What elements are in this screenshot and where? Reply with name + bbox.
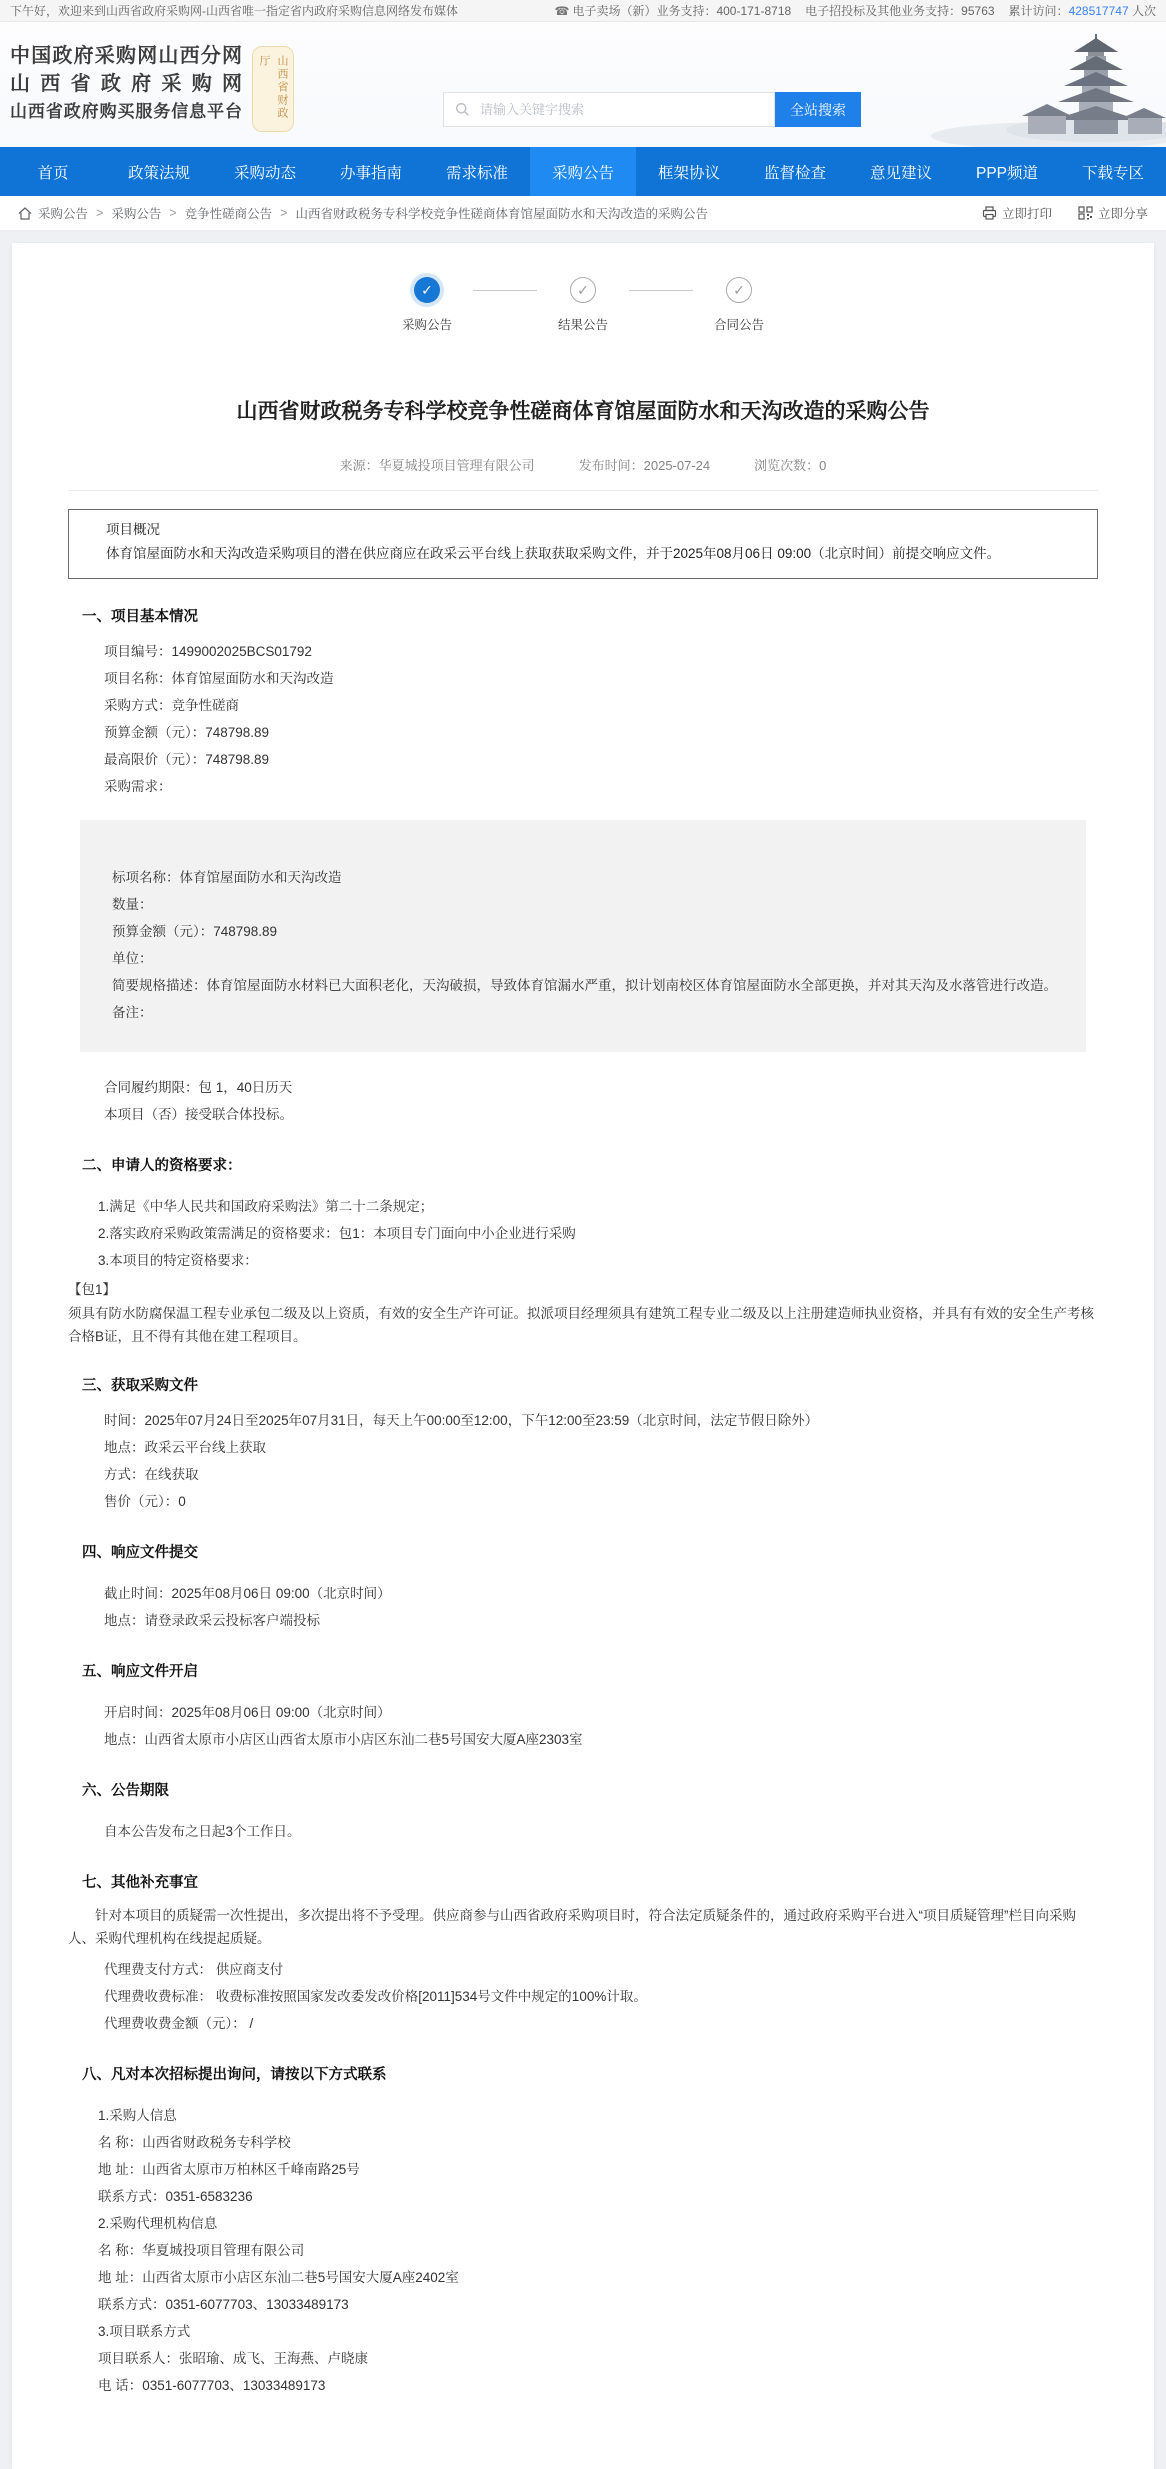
- logo-line-3: 山西省政府购买服务信息平台: [10, 98, 242, 125]
- phone-icon: ☎: [554, 4, 569, 18]
- qr-share-icon: [1078, 206, 1093, 220]
- step-result-announcement: ✓ 结果公告: [547, 277, 619, 333]
- lot-budget: 预算金额（元）：748798.89: [92, 918, 1062, 945]
- lot-remark: 备注：: [92, 999, 1062, 1026]
- agency-info-label: 2.采购代理机构信息: [98, 2210, 1098, 2237]
- main-nav: 首页 政策法规 采购动态 办事指南 需求标准 采购公告 框架协议 监督检查 意见…: [0, 147, 1166, 196]
- support-hotline-1: 电子卖场（新）业务支持：400-171-8718: [572, 4, 791, 18]
- nav-item-policy[interactable]: 政策法规: [106, 147, 212, 196]
- qualification-item-2: 2.落实政府采购政策需满足的资格要求：包1：本项目专门面向中小企业进行采购: [98, 1220, 1098, 1247]
- submit-place: 地点：请登录政采云投标客户端投标: [104, 1607, 1098, 1634]
- doc-obtain-place: 地点：政采云平台线上获取: [104, 1434, 1098, 1461]
- purchaser-contact: 联系方式：0351-6583236: [98, 2183, 1098, 2210]
- logo-line-1: 中国政府采购网山西分网: [10, 42, 242, 70]
- consortium-bidding: 本项目（否）接受联合体投标。: [104, 1101, 1098, 1128]
- doc-price: 售价（元）：0: [104, 1488, 1098, 1515]
- max-price: 最高限价（元）：748798.89: [104, 746, 1098, 773]
- project-name: 项目名称：体育馆屋面防水和天沟改造: [104, 665, 1098, 692]
- nav-item-supervision[interactable]: 监督检查: [742, 147, 848, 196]
- lot-quantity: 数量：: [92, 891, 1062, 918]
- share-label: 立即分享: [1098, 204, 1148, 222]
- nav-item-announcements[interactable]: 采购公告: [530, 147, 636, 196]
- lot-unit: 单位：: [92, 945, 1062, 972]
- package-1-tag: 【包1】: [68, 1278, 1098, 1302]
- share-button[interactable]: 立即分享: [1078, 204, 1148, 222]
- site-search-button[interactable]: 全站搜索: [775, 92, 861, 127]
- announcement-period: 自本公告发布之日起3个工作日。: [104, 1818, 1098, 1845]
- nav-item-dynamics[interactable]: 采购动态: [212, 147, 318, 196]
- support-hotline-2: 电子招投标及其他业务支持：95763: [805, 2, 994, 19]
- agency-contact: 联系方式：0351-6077703、13033489173: [98, 2291, 1098, 2318]
- procurement-method: 采购方式：竞争性磋商: [104, 692, 1098, 719]
- page-title: 山西省财政税务专科学校竞争性磋商体育馆屋面防水和天沟改造的采购公告: [68, 395, 1098, 425]
- overview-body: 体育馆屋面防水和天沟改造采购项目的潜在供应商应在政采云平台线上获取获取采购文件，…: [79, 542, 1087, 566]
- crumb-current-page: 山西省财政税务专科学校竞争性磋商体育馆屋面防水和天沟改造的采购公告: [295, 204, 708, 222]
- site-logo[interactable]: 中国政府采购网山西分网 山西省政府采购网 山西省政府购买服务信息平台 山西省财政…: [10, 42, 294, 132]
- query-rules-paragraph: 针对本项目的质疑需一次性提出，多次提出将不予受理。供应商参与山西省政府采购项目时…: [68, 1904, 1098, 1950]
- open-time: 开启时间：2025年08月06日 09:00（北京时间）: [104, 1699, 1098, 1726]
- announcement-card: ✓ 采购公告 ✓ 结果公告 ✓ 合同公告 山西省财政税务专科学校竞争性磋商体育馆…: [12, 243, 1154, 2469]
- top-info-bar: 下午好，欢迎来到山西省政府采购网-山西省唯一指定省内政府采购信息网络发布媒体 ☎…: [0, 0, 1166, 22]
- meta-publish-time: 发布时间：2025-07-24: [579, 455, 711, 474]
- meta-source: 来源：华夏城投项目管理有限公司: [340, 455, 535, 474]
- submit-deadline: 截止时间：2025年08月06日 09:00（北京时间）: [104, 1580, 1098, 1607]
- nav-item-home[interactable]: 首页: [0, 147, 106, 196]
- breadcrumb: 采购公告 > 采购公告 > 竞争性磋商公告 > 山西省财政税务专科学校竞争性磋商…: [18, 204, 708, 222]
- section-2-heading: 二、申请人的资格要求：: [82, 1154, 1098, 1175]
- qualification-item-3: 3.本项目的特定资格要求：: [98, 1247, 1098, 1274]
- section-3-heading: 三、获取采购文件: [82, 1374, 1098, 1395]
- nav-item-standards[interactable]: 需求标准: [424, 147, 530, 196]
- breadcrumb-bar: 采购公告 > 采购公告 > 竞争性磋商公告 > 山西省财政税务专科学校竞争性磋商…: [0, 196, 1166, 230]
- project-contacts: 项目联系人：张昭瑜、成飞、王海燕、卢晓康: [98, 2345, 1098, 2372]
- logo-line-2: 山西省政府采购网: [10, 70, 242, 98]
- finance-department-seal: 山西省财政厅: [252, 46, 294, 132]
- article-meta: 来源：华夏城投项目管理有限公司 发布时间：2025-07-24 浏览次数：0: [68, 455, 1098, 491]
- pagoda-decoration: [926, 30, 1166, 147]
- agency-name: 名 称：华夏城投项目管理有限公司: [98, 2237, 1098, 2264]
- doc-obtain-time: 时间：2025年07月24日至2025年07月31日，每天上午00:00至12:…: [104, 1407, 1098, 1434]
- project-phone: 电 话：0351-6077703、13033489173: [98, 2372, 1098, 2399]
- section-4-heading: 四、响应文件提交: [82, 1541, 1098, 1562]
- home-icon[interactable]: [18, 207, 32, 220]
- visits-count: 428517747: [1069, 4, 1129, 18]
- crumb-announcements-2[interactable]: 采购公告: [111, 204, 161, 222]
- purchaser-info-label: 1.采购人信息: [98, 2102, 1098, 2129]
- lot-spec-description: 简要规格描述：体育馆屋面防水材料已大面积老化，天沟破损，导致体育馆漏水严重，拟计…: [92, 972, 1062, 999]
- print-icon: [982, 206, 997, 220]
- agency-fee-amount: 代理费收费金额（元）： /: [104, 2010, 1098, 2037]
- nav-item-ppp[interactable]: PPP频道: [954, 147, 1060, 196]
- search-icon: [455, 102, 470, 117]
- project-overview-box: 项目概况 体育馆屋面防水和天沟改造采购项目的潜在供应商应在政采云平台线上获取获取…: [68, 509, 1098, 579]
- section-1-heading: 一、项目基本情况: [82, 605, 1098, 626]
- procurement-demand: 采购需求：: [104, 773, 1098, 800]
- step-procurement-announcement: ✓ 采购公告: [391, 277, 463, 333]
- section-5-heading: 五、响应文件开启: [82, 1660, 1098, 1681]
- section-6-heading: 六、公告期限: [82, 1779, 1098, 1800]
- progress-steps: ✓ 采购公告 ✓ 结果公告 ✓ 合同公告: [68, 243, 1098, 333]
- print-button[interactable]: 立即打印: [982, 204, 1052, 222]
- lot-details-box: 标项名称：体育馆屋面防水和天沟改造 数量： 预算金额（元）：748798.89 …: [80, 820, 1086, 1052]
- nav-item-downloads[interactable]: 下载专区: [1060, 147, 1166, 196]
- check-icon: ✓: [414, 277, 440, 303]
- step-contract-announcement: ✓ 合同公告: [703, 277, 775, 333]
- purchaser-name: 名 称：山西省财政税务专科学校: [98, 2129, 1098, 2156]
- agency-fee-standard: 代理费收费标准： 收费标准按照国家发改委发改价格[2011]534号文件中规定的…: [104, 1983, 1098, 2010]
- visits-unit: 人次: [1132, 4, 1156, 18]
- check-icon: ✓: [570, 277, 596, 303]
- meta-views: 浏览次数：0: [754, 455, 826, 474]
- site-header: 中国政府采购网山西分网 山西省政府采购网 山西省政府购买服务信息平台 山西省财政…: [0, 22, 1166, 147]
- overview-heading: 项目概况: [79, 518, 1087, 542]
- check-icon: ✓: [726, 277, 752, 303]
- crumb-consultation[interactable]: 竞争性磋商公告: [185, 204, 273, 222]
- agency-fee-payment: 代理费支付方式： 供应商支付: [104, 1956, 1098, 1983]
- nav-item-guide[interactable]: 办事指南: [318, 147, 424, 196]
- print-label: 立即打印: [1002, 204, 1052, 222]
- search-input[interactable]: [443, 92, 775, 127]
- contract-period: 合同履约期限：包 1，40日历天: [104, 1074, 1098, 1101]
- open-place: 地点：山西省太原市小店区山西省太原市小店区东汕二巷5号国安大厦A座2303室: [104, 1726, 1098, 1753]
- nav-item-framework[interactable]: 框架协议: [636, 147, 742, 196]
- qualification-item-1: 1.满足《中华人民共和国政府采购法》第二十二条规定；: [98, 1193, 1098, 1220]
- budget-amount: 预算金额（元）：748798.89: [104, 719, 1098, 746]
- agency-address: 地 址：山西省太原市小店区东汕二巷5号国安大厦A座2402室: [98, 2264, 1098, 2291]
- doc-obtain-method: 方式：在线获取: [104, 1461, 1098, 1488]
- welcome-text: 下午好，欢迎来到山西省政府采购网-山西省唯一指定省内政府采购信息网络发布媒体: [10, 2, 458, 19]
- visits-label: 累计访问：: [1009, 4, 1069, 18]
- section-8-heading: 八、凡对本次招标提出询问，请按以下方式联系: [82, 2063, 1098, 2084]
- package-1-requirements: 须具有防水防腐保温工程专业承包二级及以上资质，有效的安全生产许可证。拟派项目经理…: [68, 1302, 1098, 1348]
- project-number: 项目编号：1499002025BCS01792: [104, 638, 1098, 665]
- crumb-announcements[interactable]: 采购公告: [38, 204, 88, 222]
- purchaser-address: 地 址：山西省太原市万柏林区千峰南路25号: [98, 2156, 1098, 2183]
- nav-item-feedback[interactable]: 意见建议: [848, 147, 954, 196]
- section-7-heading: 七、其他补充事宜: [82, 1871, 1098, 1892]
- lot-name: 标项名称：体育馆屋面防水和天沟改造: [92, 864, 1062, 891]
- project-contact-label: 3.项目联系方式: [98, 2318, 1098, 2345]
